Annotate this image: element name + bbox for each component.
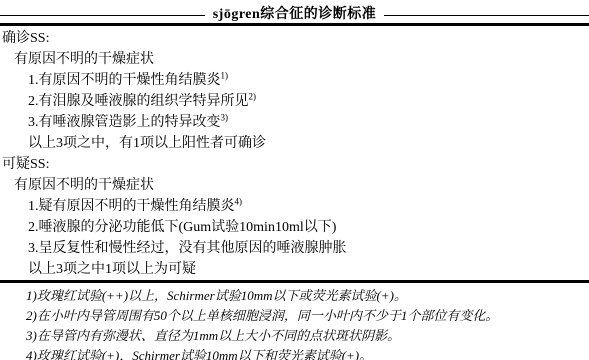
confirmed-item-1-text: 1.有原因不明的干燥性角结膜炎 <box>28 73 221 88</box>
suspected-item-2-text: 2.唾液腺的分泌功能低下(Gum试验10min10ml以下) <box>28 220 336 235</box>
suspected-item-1-text: 1.疑有原因不明的干燥性角结膜炎 <box>28 199 235 214</box>
footnote-ref-3: 3) <box>221 112 229 122</box>
footnote-2: 2)在小叶内导管周围有50个以上单核细胞浸润，同一小叶内不少于1个部位有变化。 <box>26 306 587 326</box>
footnote-4: 4)玫瑰红试验(+)，Schirmer试验10mm以下和荧光素试验(+)。 <box>26 346 587 360</box>
confirmed-item-3: 3.有唾液腺管造影上的特异改变3) <box>28 112 587 133</box>
suspected-item-3-text: 3.呈反复性和慢性经过，没有其他原因的唾液腺肿胀 <box>28 241 347 256</box>
section-suspected-heading: 可疑SS: <box>2 154 587 175</box>
footnotes-block: 1)玫瑰红试验(++)以上，Schirmer试验10mm以下或荧光素试验(+)。… <box>0 283 589 360</box>
section-confirmed-heading: 确诊SS: <box>2 28 587 49</box>
table-title: sjōgren综合征的诊断标准 <box>205 3 385 23</box>
suspected-conclusion: 以上3项之中1项以上为可疑 <box>28 259 587 280</box>
criteria-body: 确诊SS: 有原因不明的干燥症状 1.有原因不明的干燥性角结膜炎1) 2.有泪腺… <box>0 26 589 280</box>
document-page: sjōgren综合征的诊断标准 确诊SS: 有原因不明的干燥症状 1.有原因不明… <box>0 0 589 360</box>
suspected-item-3: 3.呈反复性和慢性经过，没有其他原因的唾液腺肿胀 <box>28 238 587 259</box>
confirmed-item-3-text: 3.有唾液腺管造影上的特异改变 <box>28 115 221 130</box>
footnote-1: 1)玫瑰红试验(++)以上，Schirmer试验10mm以下或荧光素试验(+)。 <box>26 286 587 306</box>
section-suspected-subheading: 有原因不明的干燥症状 <box>14 175 587 196</box>
footnote-3: 3)在导管内有弥漫状、直径为1mm以上大小不同的点状斑状阴影。 <box>26 326 587 346</box>
confirmed-item-2-text: 2.有泪腺及唾液腺的组织学特异所见 <box>28 94 249 109</box>
confirmed-conclusion: 以上3项之中，有1项以上阳性者可确诊 <box>28 133 587 154</box>
confirmed-item-1: 1.有原因不明的干燥性角结膜炎1) <box>28 70 587 91</box>
confirmed-item-2: 2.有泪腺及唾液腺的组织学特异所见2) <box>28 91 587 112</box>
table-title-row: sjōgren综合征的诊断标准 <box>0 0 589 23</box>
footnote-ref-4: 4) <box>235 196 243 206</box>
section-confirmed-subheading: 有原因不明的干燥症状 <box>14 49 587 70</box>
suspected-item-2: 2.唾液腺的分泌功能低下(Gum试验10min10ml以下) <box>28 217 587 238</box>
suspected-item-1: 1.疑有原因不明的干燥性角结膜炎4) <box>28 196 587 217</box>
footnote-ref-1: 1) <box>221 70 229 80</box>
footnote-ref-2: 2) <box>249 91 257 101</box>
